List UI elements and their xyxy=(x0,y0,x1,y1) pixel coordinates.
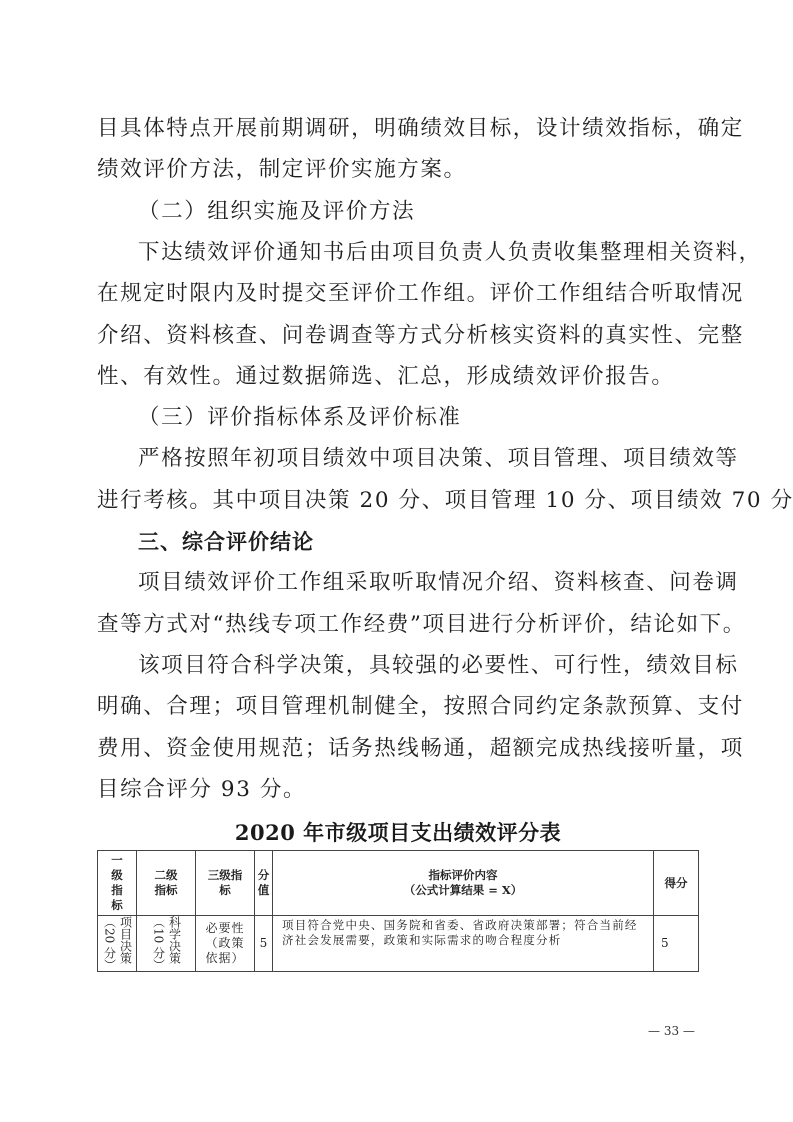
cell-level1: 项目决策 （20 分） xyxy=(98,916,137,972)
header-level2-label: 二级指标 xyxy=(152,868,180,898)
page-number: — 33 — xyxy=(648,1024,695,1038)
cell-level2: 科学决策 （10 分） xyxy=(137,916,196,972)
paragraph-line: 绩效评价方法，制定评价实施方案。 xyxy=(97,155,699,185)
cell-level3: 必要性（政策依据） xyxy=(196,916,255,972)
document-page: 目具体特点开展前期调研，明确绩效目标，设计绩效指标，确定绩效评价方法，制定评价实… xyxy=(0,0,793,1122)
header-level1-label: 一级指标 xyxy=(110,853,124,913)
table-header-row: 一级指标 二级指标 三级指标 分值 指标评价内容 （公式计算结果 = X） 得分 xyxy=(98,851,699,916)
header-level3-label: 三级指标 xyxy=(204,868,246,898)
paragraph-line: 目综合评分 93 分。 xyxy=(97,775,699,805)
level3-label: 必要性（政策依据） xyxy=(203,921,247,966)
performance-score-table: 一级指标 二级指标 三级指标 分值 指标评价内容 （公式计算结果 = X） 得分 xyxy=(97,850,699,972)
paragraph-line: 该项目符合科学决策，具较强的必要性、可行性，绩效目标 xyxy=(138,651,699,681)
paragraph-line: 性、有效性。通过数据筛选、汇总，形成绩效评价报告。 xyxy=(97,362,699,392)
paragraph-line: 明确、合理；项目管理机制健全，按照合同约定条款预算、支付 xyxy=(97,692,699,722)
header-score: 得分 xyxy=(654,851,699,916)
paragraph-line: 介绍、资料核查、问卷调查等方式分析核实资料的真实性、完整 xyxy=(97,321,699,351)
paragraph-line: 项目绩效评价工作组采取听取情况介绍、资料核查、问卷调 xyxy=(138,568,699,598)
level1-name: 项目决策 xyxy=(118,916,133,964)
header-level1: 一级指标 xyxy=(98,851,137,916)
level2-name: 科学决策 xyxy=(167,916,182,964)
header-content-line2: （公式计算结果 = X） xyxy=(273,883,653,898)
table-row: 项目决策 （20 分） 科学决策 （10 分） 必要性（政策依据） 5 项目符合… xyxy=(98,916,699,972)
paragraph-line: 查等方式对“热线专项工作经费”项目进行分析评价，结论如下。 xyxy=(97,610,699,640)
header-content-line1: 指标评价内容 xyxy=(273,868,653,883)
paragraph-line: 严格按照年初项目绩效中项目决策、项目管理、项目绩效等 xyxy=(138,444,699,474)
paragraph-line: 费用、资金使用规范；话务热线畅通，超额完成热线接听量，项 xyxy=(97,734,699,764)
paragraph-line: （二）组织实施及评价方法 xyxy=(138,197,699,227)
header-weight-label: 分值 xyxy=(257,868,271,898)
header-level3: 三级指标 xyxy=(196,851,255,916)
table-title: 2020 年市级项目支出绩效评分表 xyxy=(97,818,699,848)
cell-content: 项目符合党中央、国务院和省委、省政府决策部署；符合当前经济社会发展需要，政策和实… xyxy=(273,916,654,972)
cell-score: 5 xyxy=(654,916,699,972)
paragraph-line: 进行考核。其中项目决策 20 分、项目管理 10 分、项目绩效 70 分。 xyxy=(97,486,699,516)
level1-points: （20 分） xyxy=(102,916,117,971)
header-level2: 二级指标 xyxy=(137,851,196,916)
paragraph-line: 在规定时限内及时提交至评价工作组。评价工作组结合听取情况 xyxy=(97,279,699,309)
paragraph-line: 下达绩效评价通知书后由项目负责人负责收集整理相关资料， xyxy=(138,238,699,268)
paragraph-line: （三）评价指标体系及评价标准 xyxy=(138,403,699,433)
header-content: 指标评价内容 （公式计算结果 = X） xyxy=(273,851,654,916)
section-heading: 三、综合评价结论 xyxy=(138,527,699,557)
header-score-label: 得分 xyxy=(665,876,688,890)
cell-weight: 5 xyxy=(255,916,273,972)
paragraph-line: 目具体特点开展前期调研，明确绩效目标，设计绩效指标，确定 xyxy=(97,114,699,144)
level2-points: （10 分） xyxy=(151,916,166,971)
header-weight: 分值 xyxy=(255,851,273,916)
